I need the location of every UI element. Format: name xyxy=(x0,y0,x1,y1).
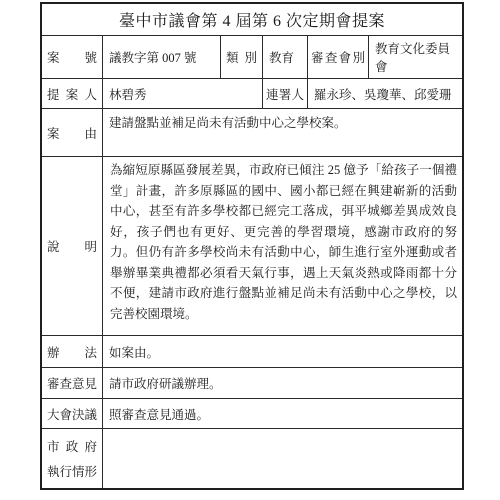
cosigners-value: 羅永珍、吳瓊華、邱愛珊 xyxy=(307,79,462,108)
explanation-value: 為縮短原縣區發展差異，市政府已傾注 25 億予「給孩子一個禮堂」計畫，許多原縣區… xyxy=(102,157,462,335)
explanation-label: 說明 xyxy=(42,157,102,335)
category-label: 類別 xyxy=(220,36,262,78)
review-opinion-row: 審查意見 請市政府研議辦理。 xyxy=(42,367,462,398)
proposal-form-table: 臺中市議會第 4 屆第 6 次定期會提案 案號 議教字第 007 號 類別 教育… xyxy=(40,2,464,490)
execution-label: 市政府 執行情形 xyxy=(42,429,102,488)
category-value: 教育 xyxy=(262,36,307,78)
committee-label: 審查會別 xyxy=(307,36,368,78)
case-number-value: 議教字第 007 號 xyxy=(102,36,220,78)
explanation-row: 說明 為縮短原縣區發展差異，市政府已傾注 25 億予「給孩子一個禮堂」計畫，許多… xyxy=(42,156,462,335)
committee-value: 教育文化委員會 xyxy=(368,36,462,78)
execution-row: 市政府 執行情形 xyxy=(42,428,462,488)
resolution-row: 大會決議 照審查意見通過。 xyxy=(42,398,462,428)
proposer-row: 提案人 林碧秀 連署人 羅永珍、吳瓊華、邱愛珊 xyxy=(42,78,462,108)
proposer-value: 林碧秀 xyxy=(102,79,262,108)
proposer-label: 提案人 xyxy=(42,79,102,108)
method-label: 辦法 xyxy=(42,336,102,367)
cosigners-label: 連署人 xyxy=(262,79,307,108)
resolution-value: 照審查意見通過。 xyxy=(102,399,462,428)
review-opinion-label: 審查意見 xyxy=(42,368,102,398)
subject-label: 案由 xyxy=(42,109,102,156)
case-number-row: 案號 議教字第 007 號 類別 教育 審查會別 教育文化委員會 xyxy=(42,35,462,78)
resolution-label: 大會決議 xyxy=(42,399,102,428)
review-opinion-value: 請市政府研議辦理。 xyxy=(102,368,462,398)
method-row: 辦法 如案由。 xyxy=(42,335,462,367)
method-value: 如案由。 xyxy=(102,336,462,367)
subject-value: 建請盤點並補足尚未有活動中心之學校案。 xyxy=(102,109,462,156)
document-title: 臺中市議會第 4 屆第 6 次定期會提案 xyxy=(42,4,462,35)
case-number-label: 案號 xyxy=(42,36,102,78)
execution-value xyxy=(102,429,462,488)
title-row: 臺中市議會第 4 屆第 6 次定期會提案 xyxy=(42,4,462,35)
subject-row: 案由 建請盤點並補足尚未有活動中心之學校案。 xyxy=(42,108,462,156)
